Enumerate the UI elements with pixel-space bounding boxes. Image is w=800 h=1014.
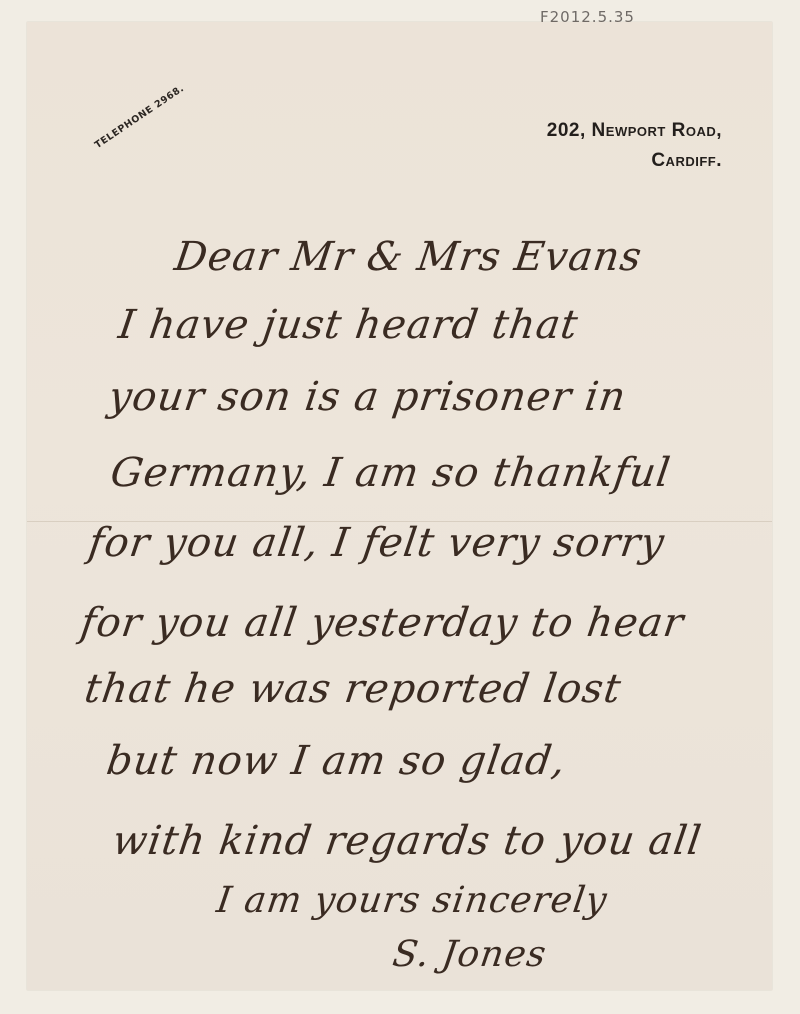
- body-line: that he was reported lost: [82, 666, 625, 712]
- body-line: but now I am so glad,: [104, 738, 569, 784]
- body-line: for you all, I felt very sorry: [86, 520, 668, 566]
- body-line: your son is a prisoner in: [106, 374, 629, 420]
- body-line: with kind regards to you all: [110, 818, 705, 864]
- closing-line: I am yours sincerely: [214, 880, 610, 921]
- body-line: Germany, I am so thankful: [108, 450, 674, 496]
- letter-paper: TELEPHONE 2968. 202, Newport Road, Cardi…: [27, 22, 772, 990]
- signature: S. Jones: [390, 934, 549, 975]
- salutation-line: Dear Mr & Mrs Evans: [172, 234, 645, 280]
- body-line: for you all yesterday to hear: [78, 600, 687, 646]
- letter-body: Dear Mr & Mrs Evans I have just heard th…: [27, 22, 772, 990]
- body-line: I have just heard that: [116, 302, 582, 348]
